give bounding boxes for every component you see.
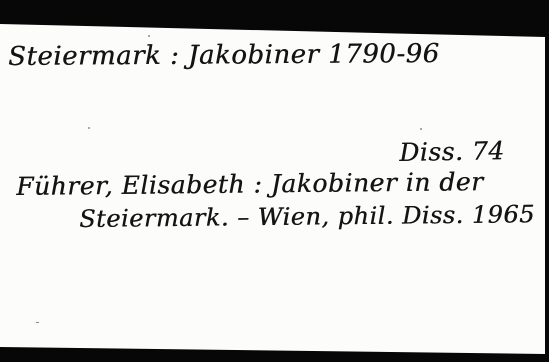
subject-heading-line: Steiermark : Jakobiner 1790-96 bbox=[8, 41, 440, 70]
scan-speck bbox=[420, 128, 422, 130]
catalog-card: Steiermark : Jakobiner 1790-96 Diss. 74 … bbox=[0, 0, 549, 362]
scan-speck bbox=[88, 127, 90, 129]
entry-line-2: Steiermark. – Wien, phil. Diss. 1965 bbox=[79, 202, 535, 231]
scanned-page: Steiermark : Jakobiner 1790-96 Diss. 74 … bbox=[0, 0, 549, 362]
shelfmark: Diss. 74 bbox=[399, 138, 505, 165]
scan-speck bbox=[148, 35, 150, 37]
entry-line-1: Führer, Elisabeth : Jakobiner in der bbox=[16, 169, 484, 199]
scan-speck bbox=[36, 322, 39, 323]
